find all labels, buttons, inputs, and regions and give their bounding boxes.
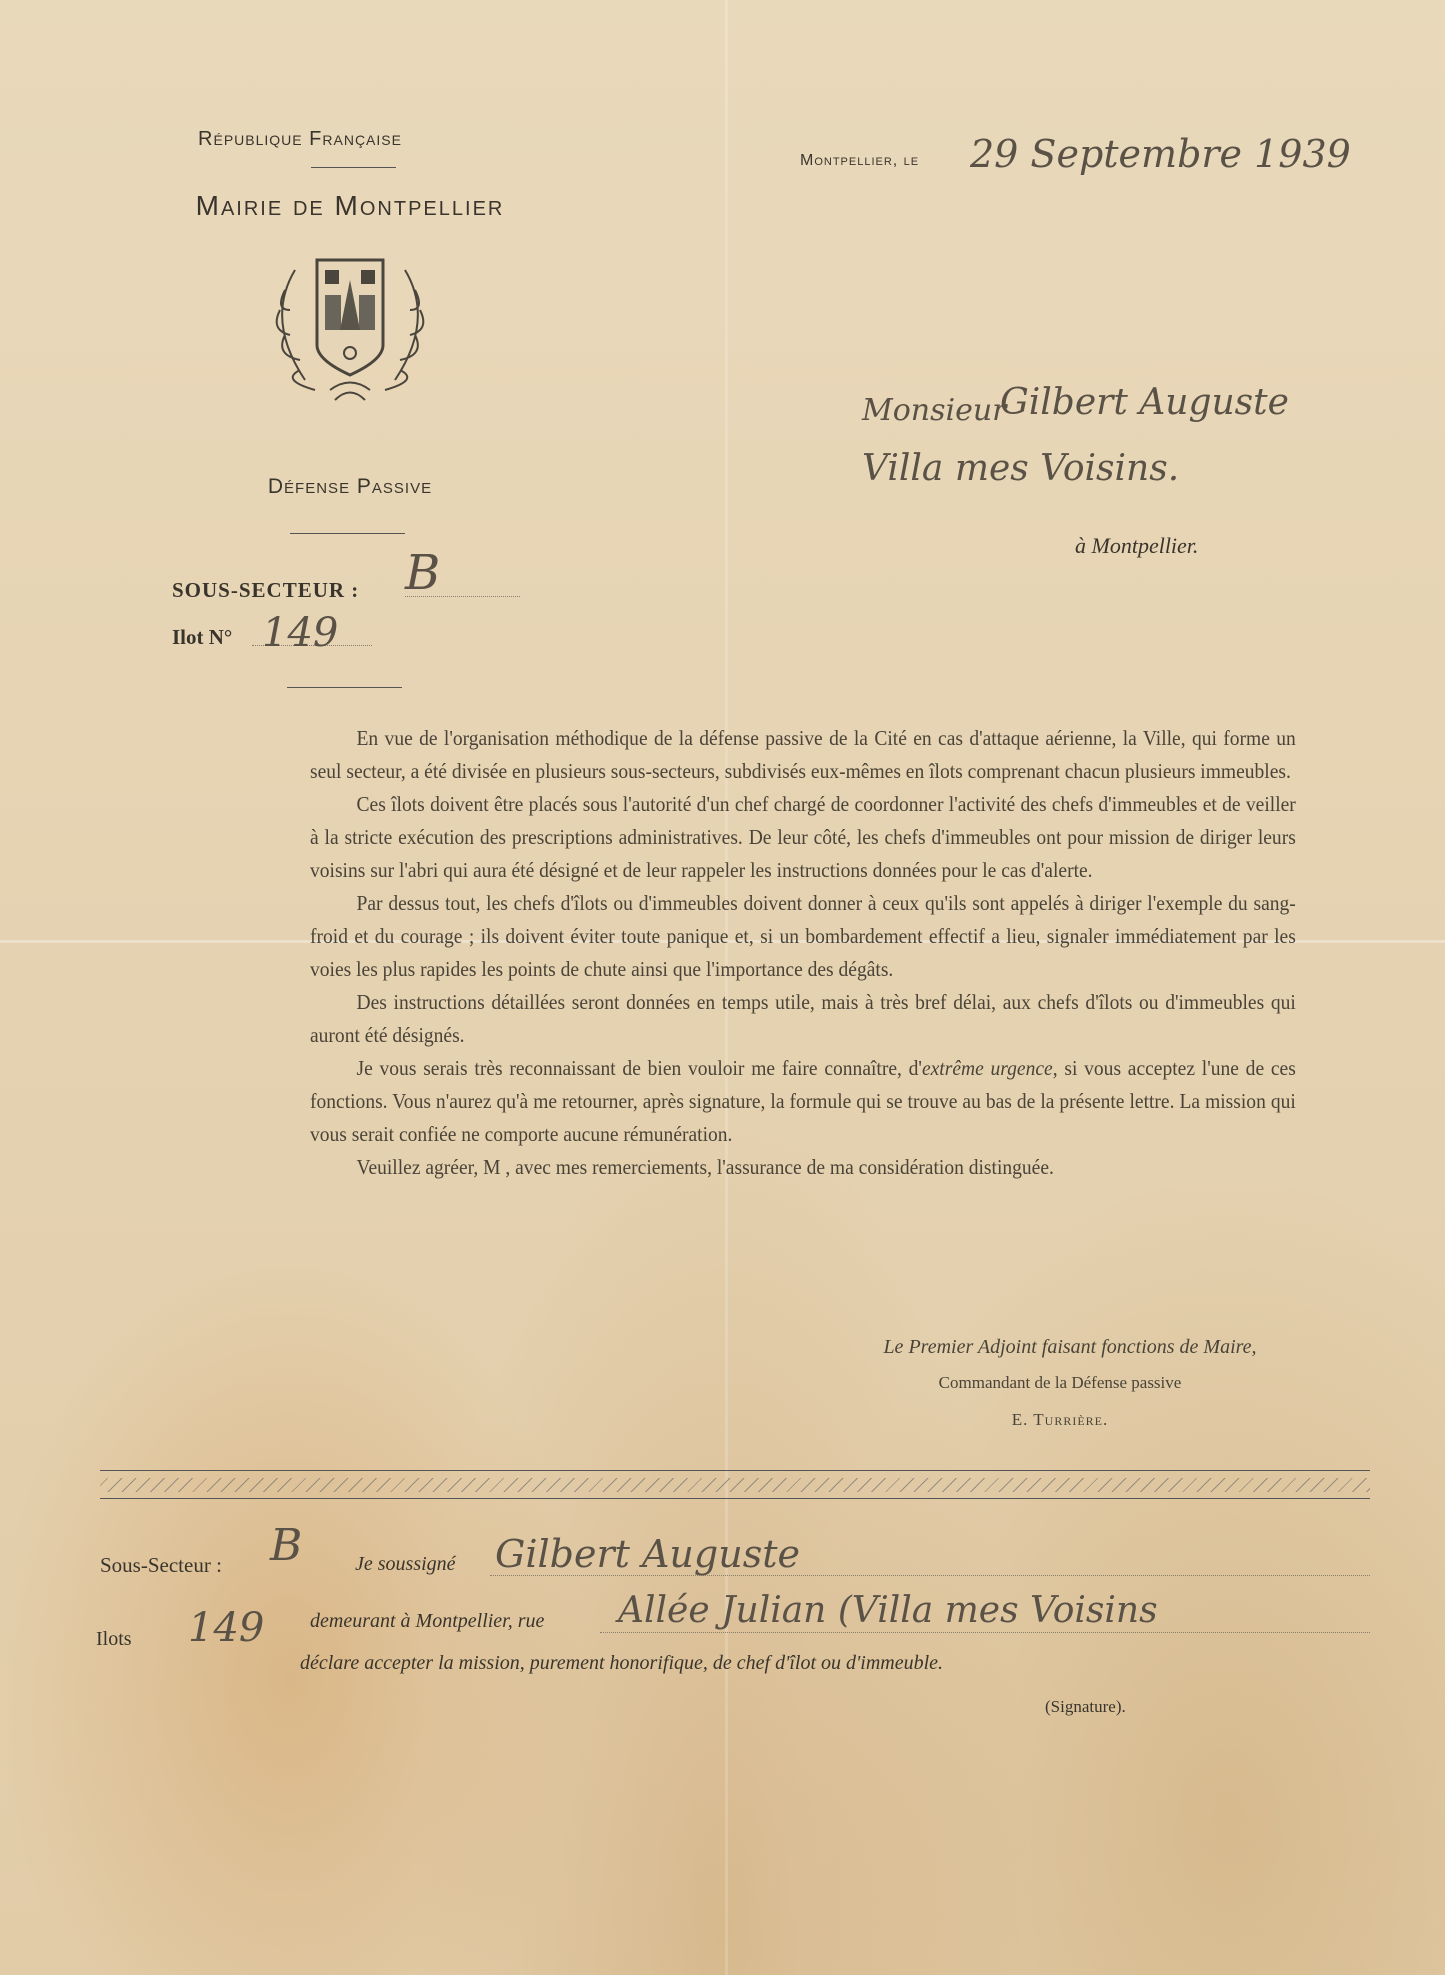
- declaration-text: déclare accepter la mission, purement ho…: [300, 1652, 943, 1675]
- paragraph: En vue de l'organisation méthodique de l…: [310, 722, 1296, 788]
- ornament-divider: [287, 687, 402, 688]
- tear-line: [100, 1470, 1370, 1471]
- addressee-address: Villa mes Voisins.: [862, 448, 1179, 489]
- paragraph: Par dessus tout, les chefs d'îlots ou d'…: [310, 887, 1296, 986]
- form-ilots-label: Ilots: [96, 1628, 132, 1651]
- ilot-label: Ilot N°: [172, 625, 232, 650]
- divider: [311, 167, 396, 168]
- addressee-name: Gilbert Auguste: [1000, 382, 1289, 423]
- demeurant-label: demeurant à Montpellier, rue: [310, 1610, 544, 1633]
- mairie-heading: Mairie de Montpellier: [105, 190, 595, 222]
- paragraph: Ces îlots doivent être placés sous l'aut…: [310, 788, 1296, 887]
- paragraph: Je vous serais très reconnaissant de bie…: [310, 1052, 1296, 1151]
- letter-body: En vue de l'organisation méthodique de l…: [310, 722, 1296, 1184]
- soussigne-value: Gilbert Auguste: [495, 1532, 800, 1576]
- sous-secteur-value: B: [405, 545, 440, 601]
- dateline-label: Montpellier, le: [800, 152, 919, 170]
- addressee-city: à Montpellier.: [1075, 533, 1198, 559]
- dateline-date: 29 Septembre 1939: [970, 132, 1351, 176]
- emphasis-text: extrême urgence: [922, 1056, 1053, 1080]
- signature-label: (Signature).: [1045, 1697, 1126, 1717]
- sous-secteur-label: SOUS-SECTEUR :: [172, 578, 359, 603]
- republic-heading: République Française: [180, 128, 420, 151]
- closing-paragraph: Veuillez agréer, M , avec mes remercieme…: [310, 1151, 1296, 1184]
- signatory-role: Commandant de la Défense passive: [860, 1373, 1260, 1393]
- paragraph: Des instructions détaillées seront donné…: [310, 986, 1296, 1052]
- signatory-title: Le Premier Adjoint faisant fonctions de …: [800, 1336, 1340, 1359]
- form-sous-secteur-value: B: [270, 1520, 302, 1571]
- demeurant-field: [600, 1632, 1370, 1633]
- addressee-salutation: Monsieur: [862, 393, 1007, 428]
- montpellier-coat-of-arms-icon: [255, 250, 445, 410]
- soussigne-label: Je soussigné: [355, 1553, 456, 1576]
- decorative-border: [100, 1478, 1370, 1492]
- form-sous-secteur-label: Sous-Secteur :: [100, 1553, 222, 1578]
- ilot-value: 149: [262, 610, 338, 656]
- defense-passive-heading: Défense Passive: [205, 475, 495, 499]
- signatory-name: E. Turrière.: [910, 1410, 1210, 1430]
- form-ilots-value: 149: [188, 1605, 264, 1651]
- tear-line: [100, 1498, 1370, 1499]
- demeurant-value: Allée Julian (Villa mes Voisins: [618, 1590, 1158, 1631]
- ornament-divider: [290, 533, 405, 534]
